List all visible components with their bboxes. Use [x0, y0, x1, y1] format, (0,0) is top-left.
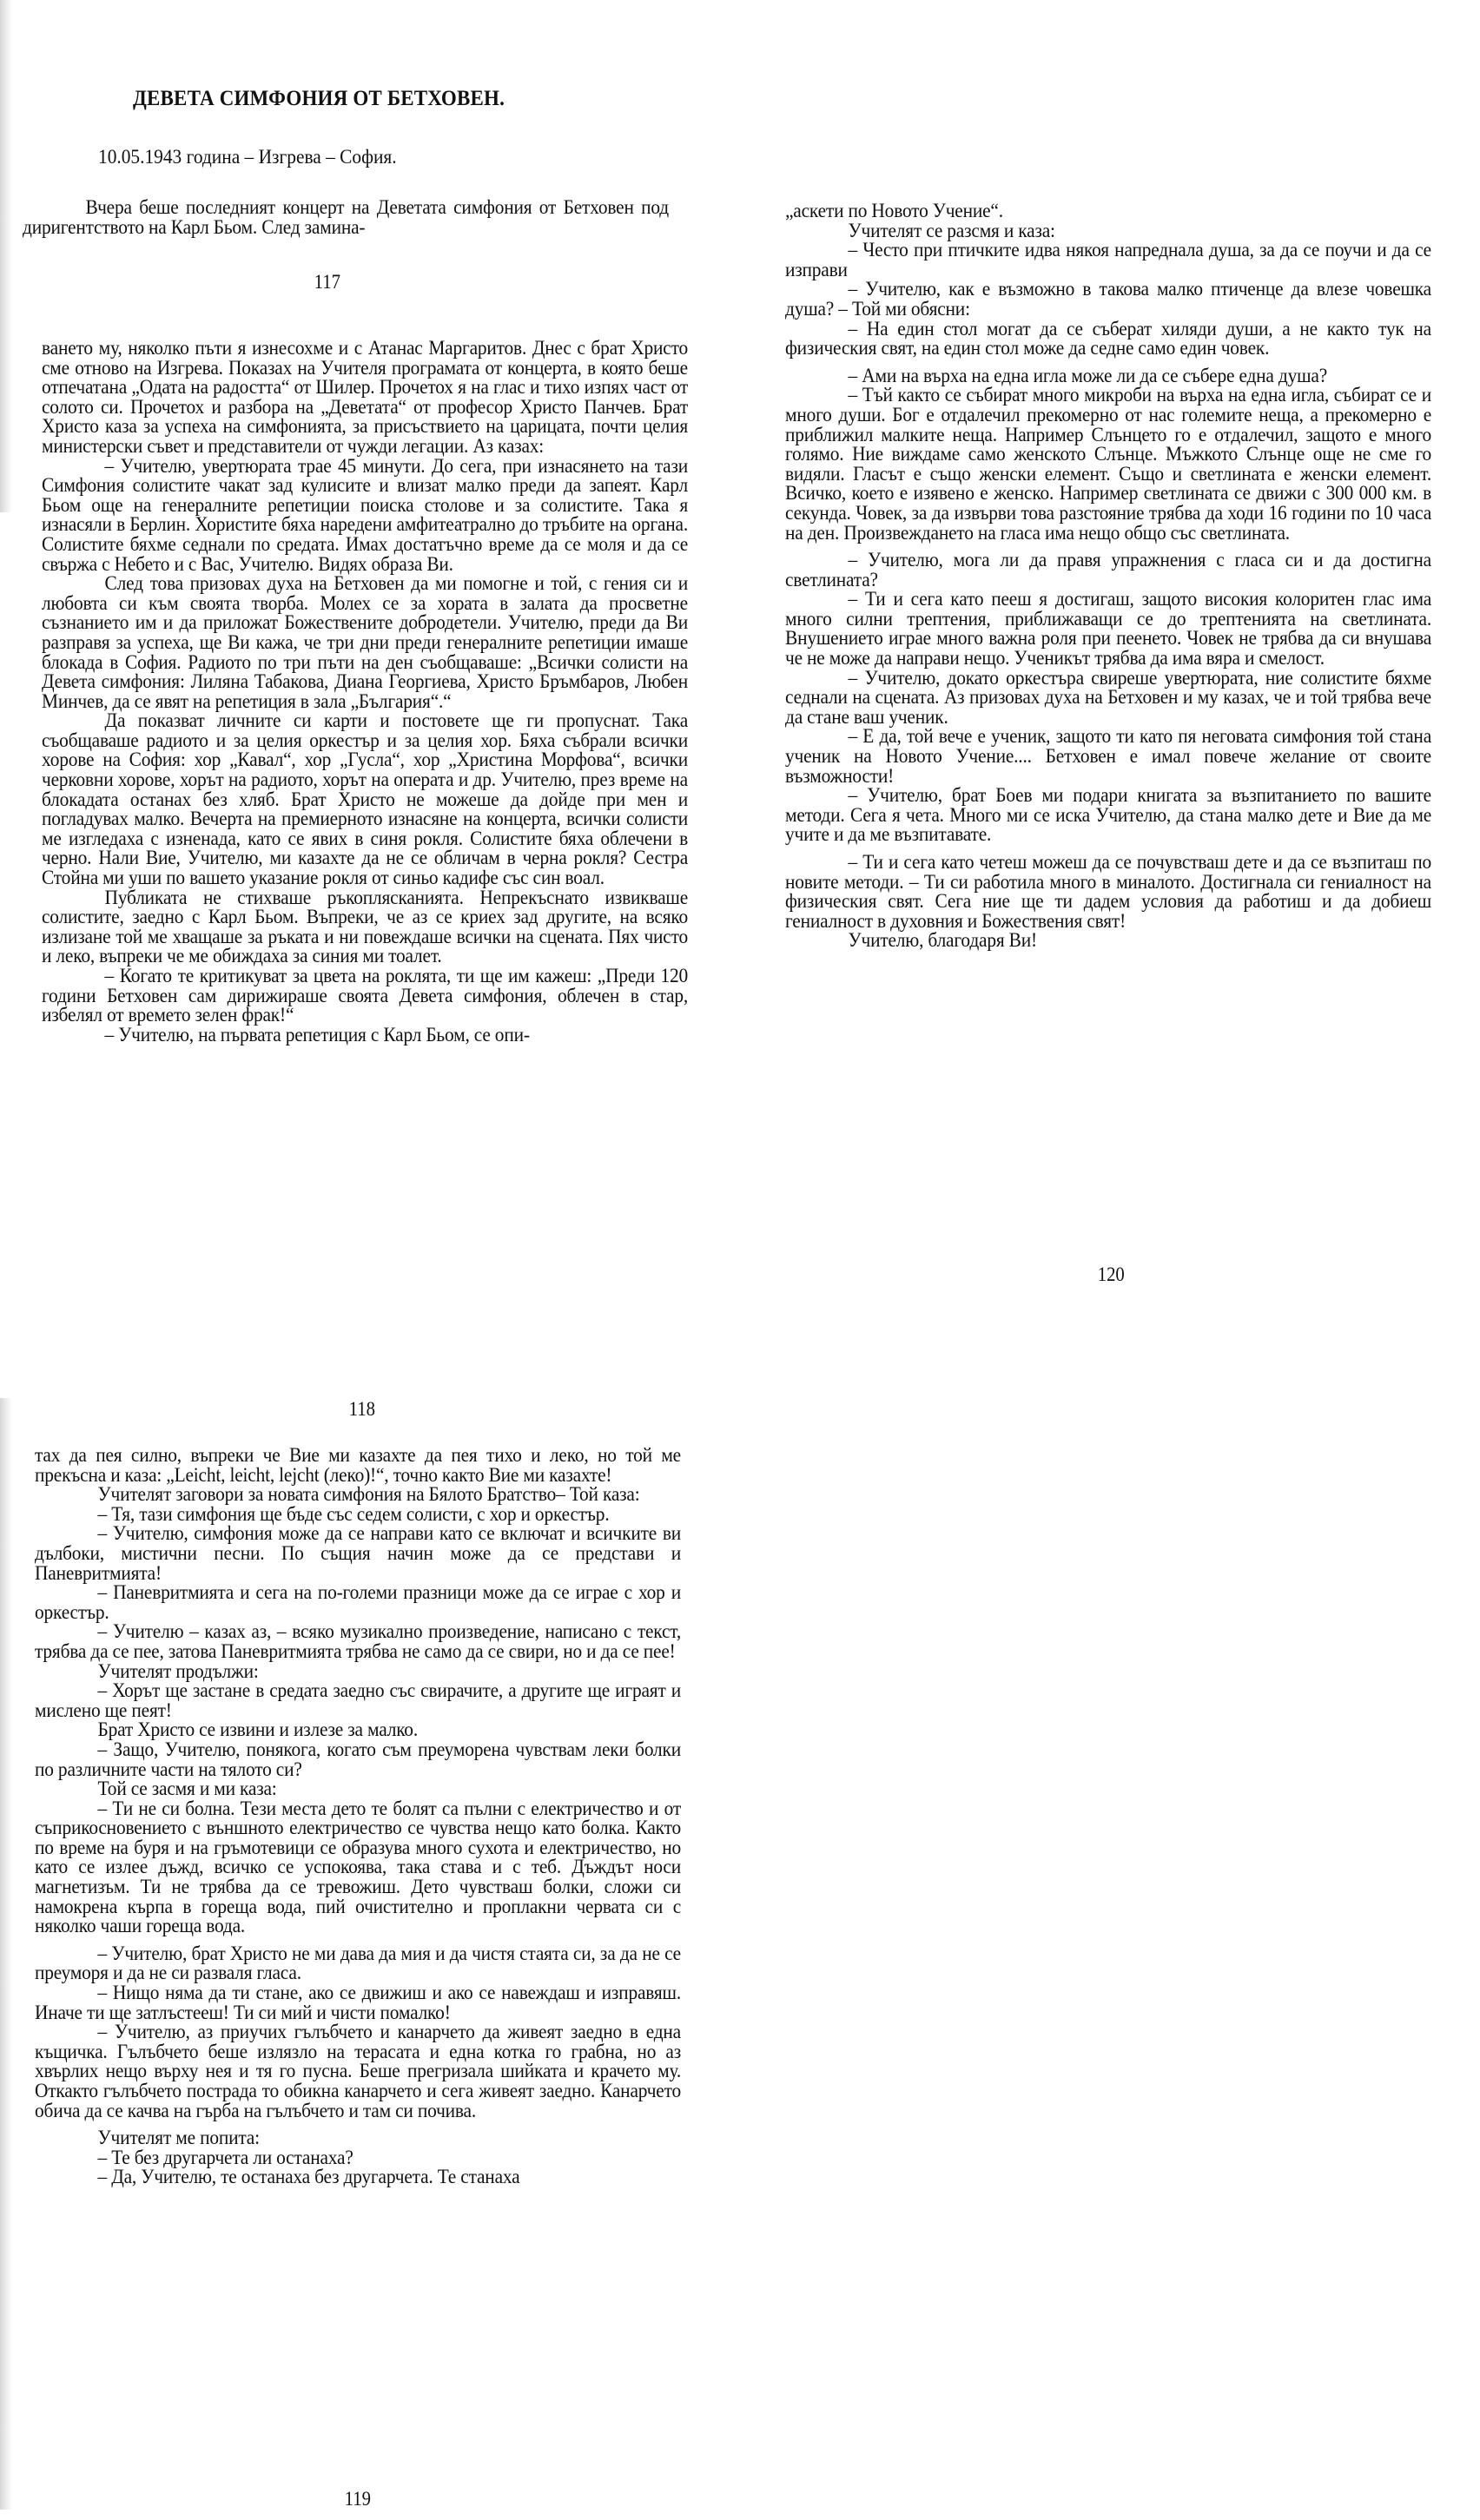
paragraph: – Тъй както се събират много микроби на … — [785, 386, 1431, 543]
paragraph: Учителят ме попита: — [35, 2128, 681, 2148]
page-number-119: 119 — [345, 2488, 371, 2510]
paragraph: Учителю, благодаря Ви! — [785, 931, 1431, 951]
page-number-120: 120 — [1098, 1263, 1125, 1286]
page-number-117: 117 — [314, 271, 340, 294]
paragraph: Брат Христо се извини и излезе за малко. — [35, 1720, 681, 1740]
intro-text: Вчера беше последният концерт на Деветат… — [23, 198, 669, 237]
paragraph: ването му, няколко пъти я изнесохме и с … — [42, 339, 688, 457]
paragraph: – Да, Учителю, те останаха без другарчет… — [35, 2167, 681, 2187]
paragraph: – Учителю, докато оркестъра свиреше увер… — [785, 669, 1431, 728]
paragraph: – Учителю, брат Боев ми подари книгата з… — [785, 786, 1431, 845]
page-118-body: ването му, няколко пъти я изнесохме и с … — [42, 339, 688, 1045]
paragraph: Учителят се разсмя и каза: — [785, 221, 1431, 241]
paragraph: – Ти и сега като четеш можеш да се почув… — [785, 853, 1431, 931]
paragraph: – Ами на върха на една игла може ли да с… — [785, 366, 1431, 386]
document-title: ДЕВЕТА СИМФОНИЯ ОТ БЕТХОВЕН. — [133, 87, 505, 111]
paragraph: Публиката не стихваше ръкоплясканията. Н… — [42, 888, 688, 966]
paragraph: – Учителю, на първата репетиция с Карл Б… — [42, 1026, 688, 1046]
paragraph: – Учителю – казах аз, – всяко музикално … — [35, 1622, 681, 1661]
paragraph: – Учителю, мога ли да правя упражнения с… — [785, 551, 1431, 590]
paragraph: – Учителю, брат Христо не ми дава да мия… — [35, 1944, 681, 1983]
paragraph: – Ти не си болна. Тези места дето те бол… — [35, 1799, 681, 1936]
paragraph: – Е да, той вече е ученик, защото ти кат… — [785, 727, 1431, 786]
paragraph: – Често при птичките идва някоя напредна… — [785, 241, 1431, 280]
paragraph: – Хорът ще застане в средата заедно със … — [35, 1681, 681, 1720]
paragraph: – Учителю, увертюрата трае 45 минути. До… — [42, 457, 688, 575]
paragraph: „аскети по Новото Учение“. — [785, 201, 1431, 221]
paragraph: тах да пея силно, въпреки че Вие ми каза… — [35, 1446, 681, 1485]
paragraph: – Те без другарчета ли останаха? — [35, 2148, 681, 2168]
paragraph: – Тя, тази симфония ще бъде със седем со… — [35, 1505, 681, 1525]
page-119-body: тах да пея силно, въпреки че Вие ми каза… — [35, 1446, 681, 2187]
intro-paragraph: Вчера беше последният концерт на Деветат… — [23, 198, 669, 237]
paragraph: – Паневритмията и сега на по-големи праз… — [35, 1583, 681, 1622]
paragraph: – Ти и сега като пееш я достигаш, защото… — [785, 590, 1431, 668]
paragraph: – Учителю, как е възможно в такова малко… — [785, 280, 1431, 319]
paragraph: Да показват личните си карти и постовете… — [42, 711, 688, 887]
paragraph: Учителят продължи: — [35, 1662, 681, 1682]
dateline: 10.05.1943 година – Изгрева – София. — [98, 146, 397, 168]
page-117: ДЕВЕТА СИМФОНИЯ ОТ БЕТХОВЕН. 10.05.1943 … — [0, 0, 747, 313]
page-number-118: 118 — [349, 1398, 375, 1421]
paragraph: – Нищо няма да ти стане, ако се движиш и… — [35, 1983, 681, 2022]
paragraph: – Защо, Учителю, понякога, когато съм пр… — [35, 1740, 681, 1779]
paragraph: Учителят заговори за новата симфония на … — [35, 1485, 681, 1505]
scan-edge-bottom — [0, 1398, 12, 2510]
paragraph: Той се засмя и ми каза: — [35, 1779, 681, 1799]
paragraph: – На един стол могат да се съберат хиляд… — [785, 320, 1431, 359]
paragraph: – Учителю, аз приучих гълъбчето и канарч… — [35, 2022, 681, 2121]
paragraph: – Учителю, симфония може да се направи к… — [35, 1524, 681, 1583]
page-120-body: „аскети по Новото Учение“.Учителят се ра… — [785, 201, 1431, 951]
paragraph: – Когато те критикуват за цвета на рокля… — [42, 966, 688, 1026]
paragraph: След това призовах духа на Бетховен да м… — [42, 574, 688, 711]
